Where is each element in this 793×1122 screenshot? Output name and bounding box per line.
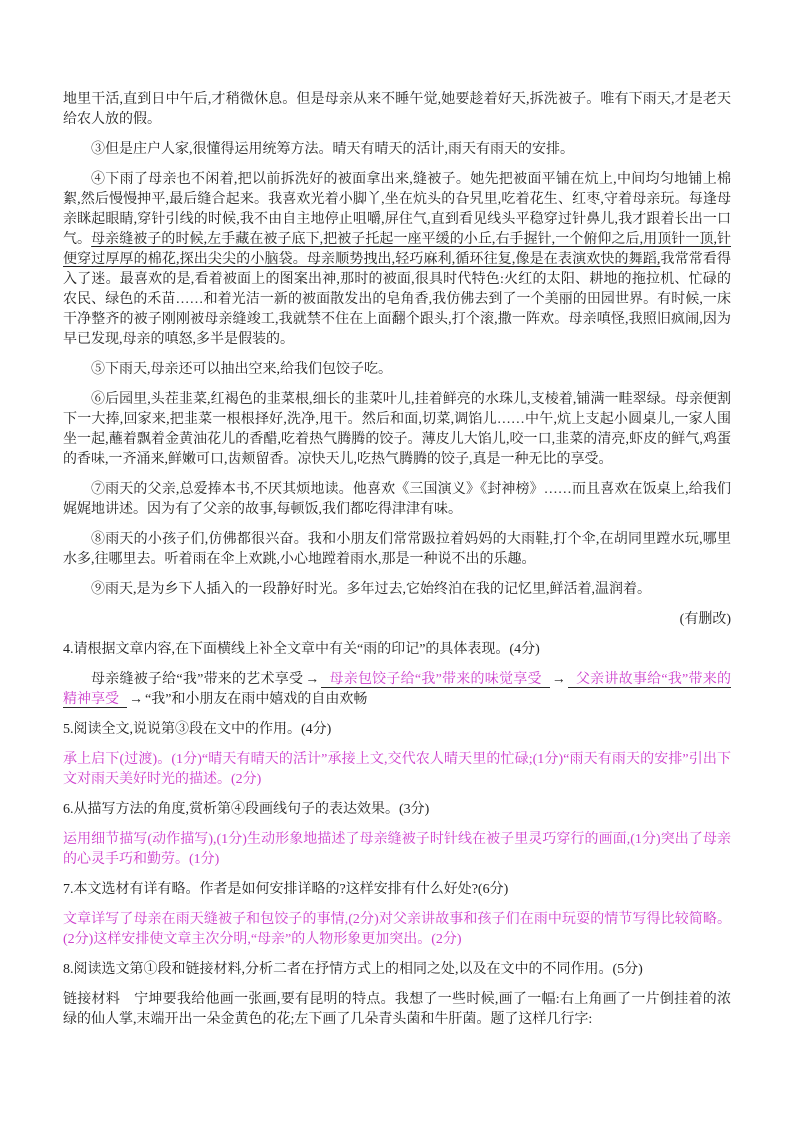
linked-material-text: 宁坤要我给他画一张画,要有昆明的特点。我想了一些时候,画了一幅:右上角画了一片倒…	[63, 992, 731, 1027]
article-paragraph-2-continuation: 地里干活,直到日中午后,才稍微休息。但是母亲从来不睡午觉,她要趁着好天,拆洗被子…	[63, 90, 731, 130]
question-4-answer-flow: 母亲缝被子给“我”带来的艺术享受→母亲包饺子给“我”带来的味觉享受→父亲讲故事给…	[63, 670, 731, 710]
answer-5: 承上启下(过渡)。(1分)“晴天有晴天的活计”承接上文,交代农人晴天里的忙碌;(…	[63, 750, 731, 790]
flow-given-1: 母亲缝被子给“我”带来的艺术享受	[91, 672, 303, 687]
flow-blank-answer-1: 母亲包饺子给“我”带来的味觉享受	[321, 672, 549, 688]
article-paragraph-7: ⑦雨天的父亲,总爱捧本书,不厌其烦地读。他喜欢《三国演义》《封神榜》……而且喜欢…	[63, 480, 731, 520]
page-content: 地里干活,直到日中午后,才稍微休息。但是母亲从来不睡午觉,她要趁着好天,拆洗被子…	[63, 90, 731, 1040]
article-paragraph-8: ⑧雨天的小孩子们,仿佛都很兴奋。我和小朋友们常常趿拉着妈妈的大雨鞋,打个伞,在胡…	[63, 530, 731, 570]
flow-arrow-3: →	[127, 692, 145, 707]
answer-6: 运用细节描写(动作描写),(1分)生动形象地描述了母亲缝被子时针线在被子里灵巧穿…	[63, 830, 731, 870]
question-5: 5.阅读全文,说说第③段在文中的作用。(4分)	[63, 720, 731, 740]
article-paragraph-3: ③但是庄户人家,很懂得运用统筹方法。晴天有晴天的活计,雨天有雨天的安排。	[63, 140, 731, 160]
flow-arrow-1: →	[303, 672, 321, 687]
question-8: 8.阅读选文第①段和链接材料,分析二者在抒情方式上的相同之处,以及在文中的不同作…	[63, 960, 731, 980]
question-4: 4.请根据文章内容,在下面横线上补全文章中有关“雨的印记”的具体表现。(4分)	[63, 640, 731, 660]
source-note: (有删改)	[63, 610, 731, 630]
answer-7: 文章详写了母亲在雨天缝被子和包饺子的事情,(2分)对父亲讲故事和孩子们在雨中玩耍…	[63, 910, 731, 950]
question-6: 6.从描写方法的角度,赏析第④段画线句子的表达效果。(3分)	[63, 800, 731, 820]
document-page: 地里干活,直到日中午后,才稍微休息。但是母亲从来不睡午觉,她要趁着好天,拆洗被子…	[0, 0, 793, 1122]
article-paragraph-5: ⑤下雨天,母亲还可以抽出空来,给我们包饺子吃。	[63, 360, 731, 380]
flow-given-2: “我”和小朋友在雨中嬉戏的自由欢畅	[145, 692, 367, 707]
paragraph-4-underlined-sentence: 母亲缝被子的时候,左手藏在被子底下,把被子托起一座平缓的小丘,右手握针,一个俯仰…	[63, 232, 731, 267]
article-paragraph-4: ④下雨了母亲也不闲着,把以前拆洗好的被面拿出来,缝被子。她先把被面平铺在炕上,中…	[63, 170, 731, 350]
linked-material-paragraph: 链接材料宁坤要我给他画一张画,要有昆明的特点。我想了一些时候,画了一幅:右上角画…	[63, 990, 731, 1030]
question-7: 7.本文选材有详有略。作者是如何安排详略的?这样安排有什么好处?(6分)	[63, 880, 731, 900]
article-paragraph-6: ⑥后园里,头茬韭菜,红褐色的韭菜根,细长的韭菜叶儿,挂着鲜亮的水珠儿,支棱着,铺…	[63, 390, 731, 470]
flow-arrow-2: →	[550, 672, 568, 687]
linked-material-label: 链接材料	[63, 992, 120, 1007]
article-paragraph-9: ⑨雨天,是为乡下人插入的一段静好时光。多年过去,它始终泊在我的记忆里,鲜活着,温…	[63, 580, 731, 600]
